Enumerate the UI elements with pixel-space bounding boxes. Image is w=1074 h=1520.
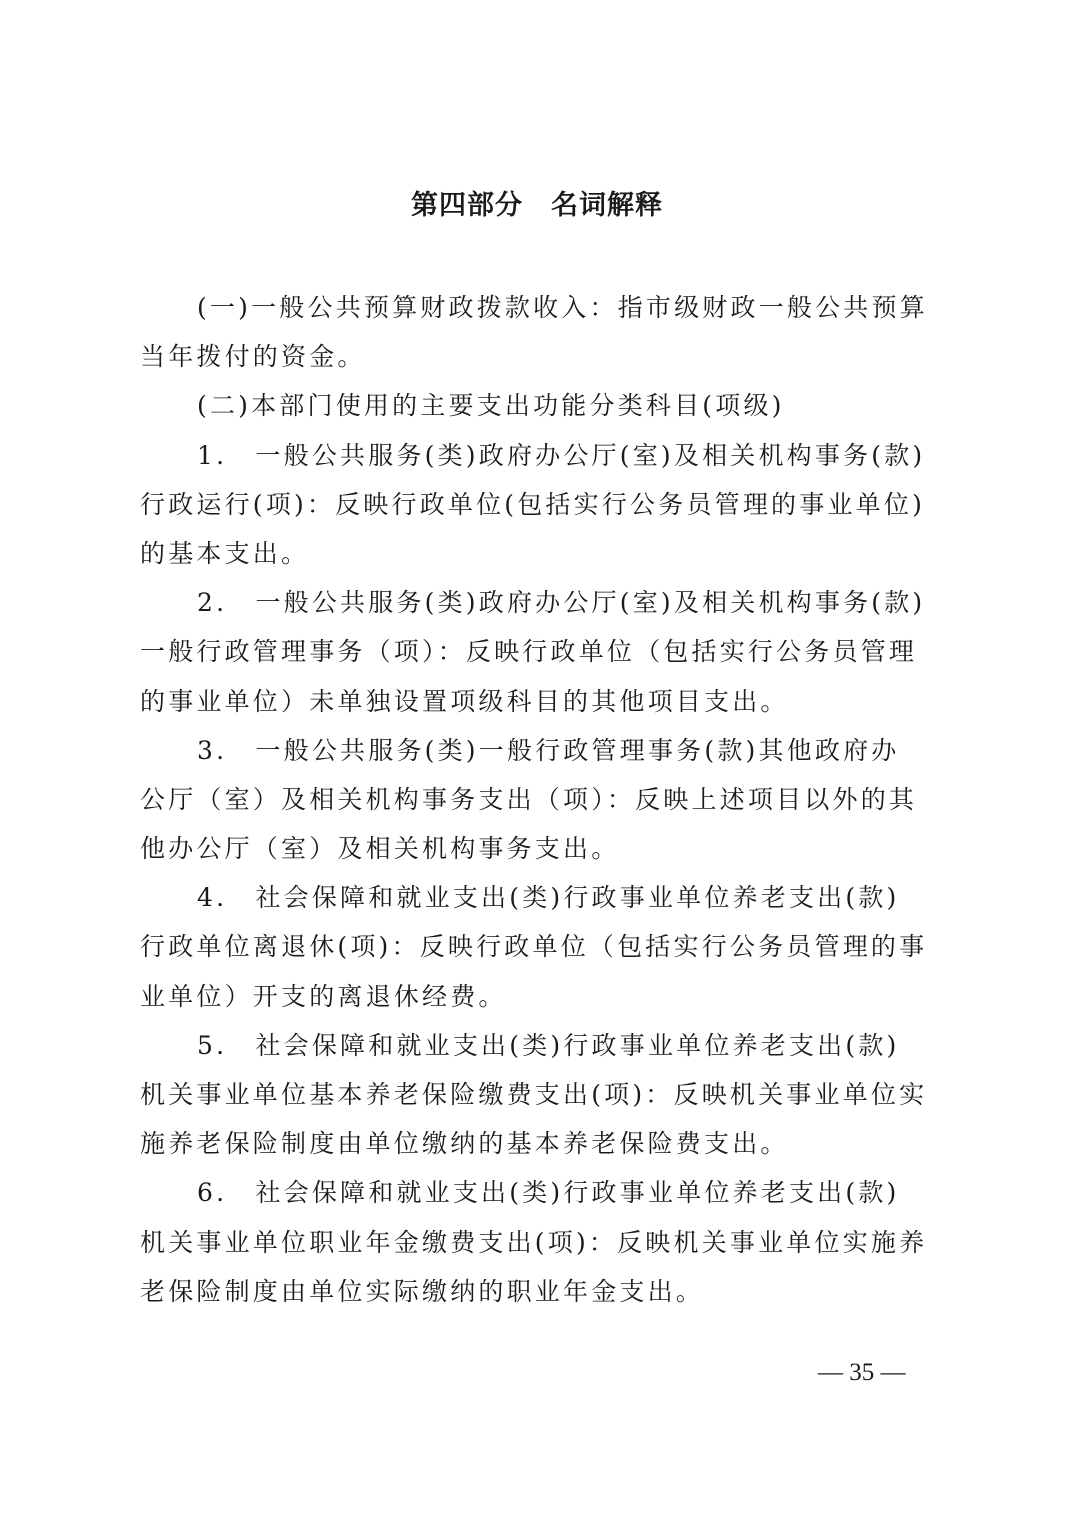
page-number: — 35 —	[818, 1355, 906, 1391]
text-line: 施养老保险制度由单位缴纳的基本养老保险费支出。	[140, 1119, 940, 1168]
text-line: 机关事业单位基本养老保险缴费支出(项)：反映机关事业单位实	[140, 1070, 940, 1119]
text-line: 当年拨付的资金。	[140, 332, 940, 381]
paragraph-fiscal-appropriation-income: (一)一般公共预算财政拨款收入：指市级财政一般公共预算 当年拨付的资金。	[140, 283, 940, 381]
text-line: 行政运行(项)：反映行政单位(包括实行公务员管理的事业单位)	[140, 480, 940, 529]
paragraph-item-6: 6. 社会保障和就业支出(类)行政事业单位养老支出(款) 机关事业单位职业年金缴…	[140, 1168, 940, 1316]
text-line: 1. 一般公共服务(类)政府办公厅(室)及相关机构事务(款)	[140, 431, 940, 480]
text-line: 老保险制度由单位实际缴纳的职业年金支出。	[140, 1267, 940, 1316]
text-line: 4. 社会保障和就业支出(类)行政事业单位养老支出(款)	[140, 873, 940, 922]
text-line: 行政单位离退休(项)：反映行政单位（包括实行公务员管理的事	[140, 922, 940, 971]
text-line: 6. 社会保障和就业支出(类)行政事业单位养老支出(款)	[140, 1168, 940, 1217]
text-line: (二)本部门使用的主要支出功能分类科目(项级)	[140, 381, 940, 430]
paragraph-item-5: 5. 社会保障和就业支出(类)行政事业单位养老支出(款) 机关事业单位基本养老保…	[140, 1021, 940, 1169]
text-line: 3. 一般公共服务(类)一般行政管理事务(款)其他政府办	[140, 726, 940, 775]
paragraph-item-3: 3. 一般公共服务(类)一般行政管理事务(款)其他政府办 公厅（室）及相关机构事…	[140, 726, 940, 874]
text-line: (一)一般公共预算财政拨款收入：指市级财政一般公共预算	[140, 283, 940, 332]
text-line: 一般行政管理事务（项）：反映行政单位（包括实行公务员管理	[140, 627, 940, 676]
text-line: 的事业单位）未单独设置项级科目的其他项目支出。	[140, 677, 940, 726]
text-line: 的基本支出。	[140, 529, 940, 578]
text-line: 他办公厅（室）及相关机构事务支出。	[140, 824, 940, 873]
text-line: 5. 社会保障和就业支出(类)行政事业单位养老支出(款)	[140, 1021, 940, 1070]
text-line: 2. 一般公共服务(类)政府办公厅(室)及相关机构事务(款)	[140, 578, 940, 627]
page-title: 第四部分 名词解释	[0, 186, 1074, 226]
paragraph-item-2: 2. 一般公共服务(类)政府办公厅(室)及相关机构事务(款) 一般行政管理事务（…	[140, 578, 940, 726]
paragraph-item-1: 1. 一般公共服务(类)政府办公厅(室)及相关机构事务(款) 行政运行(项)：反…	[140, 431, 940, 579]
text-line: 业单位）开支的离退休经费。	[140, 972, 940, 1021]
document-body: (一)一般公共预算财政拨款收入：指市级财政一般公共预算 当年拨付的资金。 (二)…	[140, 283, 940, 1316]
paragraph-item-4: 4. 社会保障和就业支出(类)行政事业单位养老支出(款) 行政单位离退休(项)：…	[140, 873, 940, 1021]
text-line: 公厅（室）及相关机构事务支出（项）：反映上述项目以外的其	[140, 775, 940, 824]
paragraph-expenditure-categories-heading: (二)本部门使用的主要支出功能分类科目(项级)	[140, 381, 940, 430]
text-line: 机关事业单位职业年金缴费支出(项)：反映机关事业单位实施养	[140, 1218, 940, 1267]
